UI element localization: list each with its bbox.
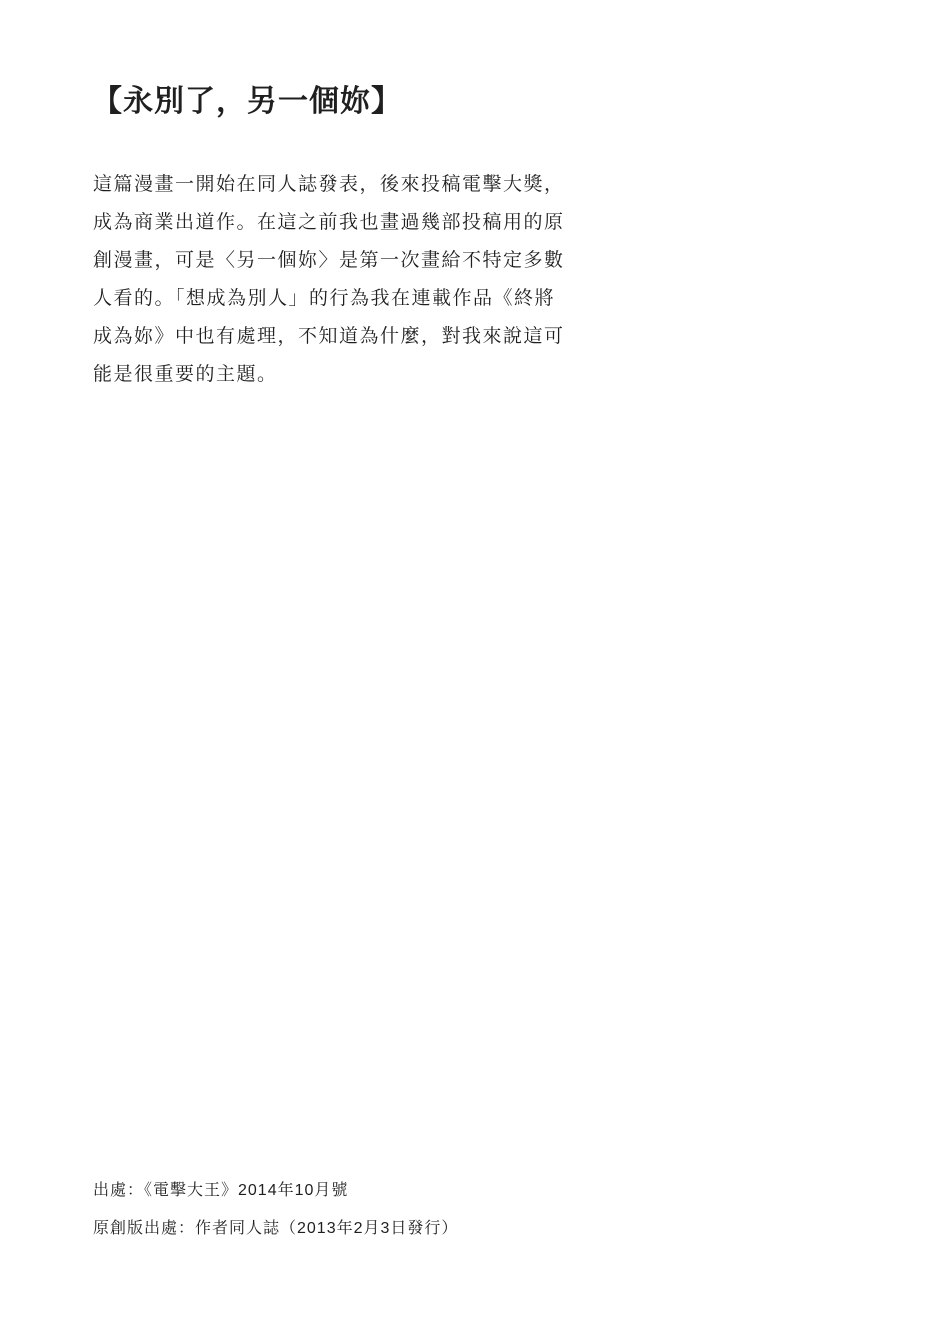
paragraph-line: 成為商業出道作。在這之前我也畫過幾部投稿用的原 (93, 204, 573, 242)
document-page: 【永別了，另一個妳】 這篇漫畫一開始在同人誌發表，後來投稿電擊大獎， 成為商業出… (0, 0, 939, 1331)
source-line-doujinshi: 原創版出處：作者同人誌（2013年2月3日發行） (93, 1210, 458, 1248)
paragraph-line: 成為妳》中也有處理，不知道為什麼，對我來說這可 (93, 318, 573, 356)
body-paragraph: 這篇漫畫一開始在同人誌發表，後來投稿電擊大獎， 成為商業出道作。在這之前我也畫過… (93, 166, 573, 394)
paragraph-line: 能是很重要的主題。 (93, 356, 573, 394)
paragraph-line: 人看的。「想成為別人」的行為我在連載作品《終將 (93, 280, 573, 318)
paragraph-line: 創漫畫，可是〈另一個妳〉是第一次畫給不特定多數 (93, 242, 573, 280)
source-line-magazine: 出處：《電擊大王》2014年10月號 (93, 1172, 458, 1210)
paragraph-line: 這篇漫畫一開始在同人誌發表，後來投稿電擊大獎， (93, 166, 573, 204)
page-title: 【永別了，另一個妳】 (92, 82, 402, 122)
source-info: 出處：《電擊大王》2014年10月號 原創版出處：作者同人誌（2013年2月3日… (93, 1172, 458, 1248)
